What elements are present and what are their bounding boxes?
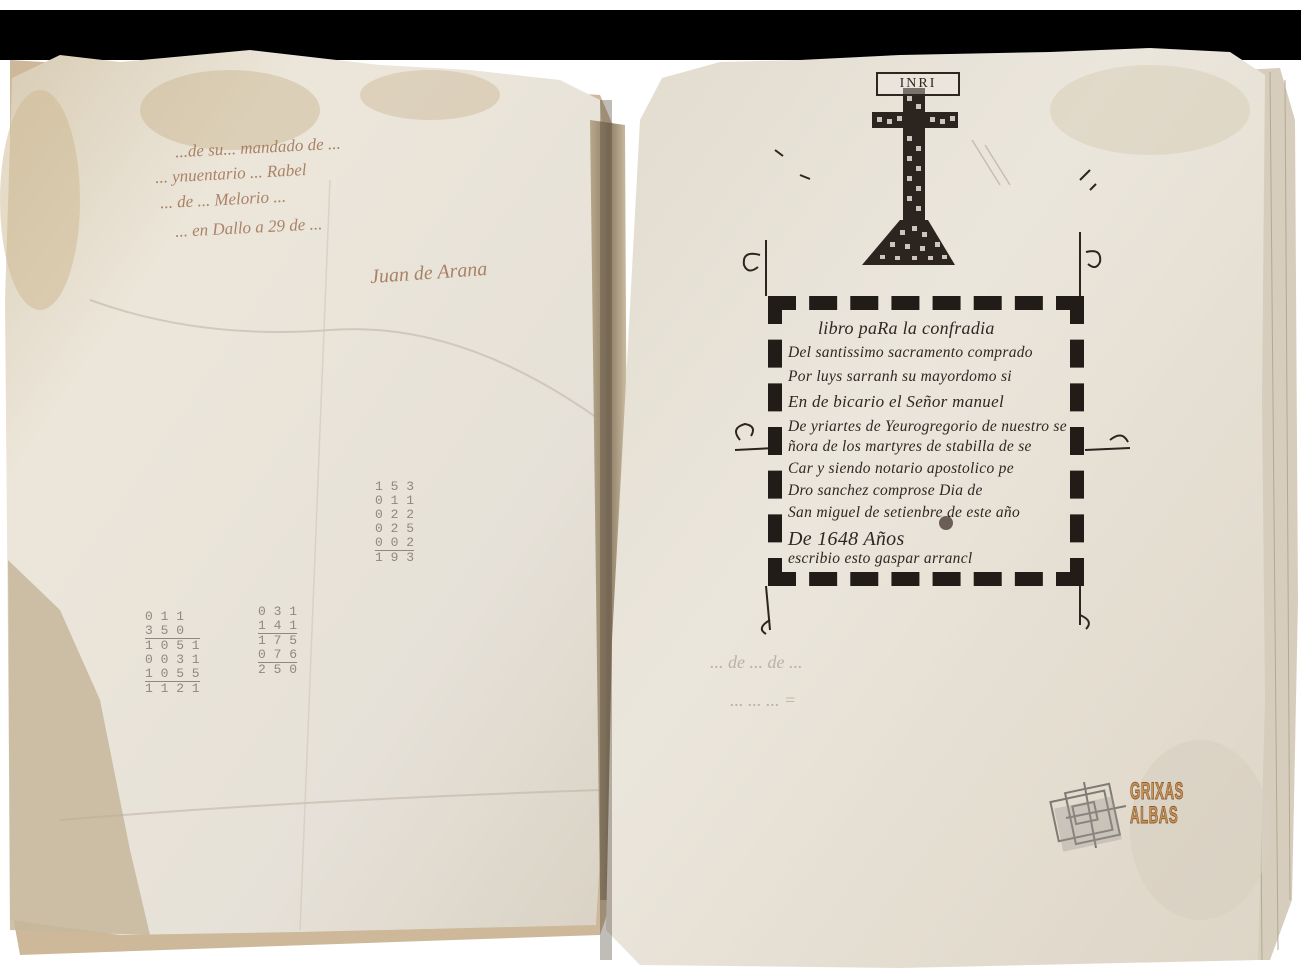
grixas-albas-logo-icon bbox=[1048, 778, 1208, 858]
title-line-5: De yriartes de Yeurogregorio de nuestro … bbox=[788, 418, 1067, 436]
title-line-1: libro paRa la confradia bbox=[818, 318, 995, 339]
title-line-2: Del santissimo sacramento comprado bbox=[788, 344, 1033, 362]
title-line-9: San miguel de setienbre de este año bbox=[788, 504, 1020, 522]
left-page-paper-shape bbox=[0, 40, 640, 970]
title-block: libro paRa la confradia Del santissimo s… bbox=[782, 310, 1072, 575]
title-line-6: ñora de los martyres de stabilla de se bbox=[788, 438, 1032, 456]
faded-note-line-2: ... ... ... = bbox=[730, 690, 796, 711]
faded-note-line-1: ... de ... de ... bbox=[710, 652, 802, 673]
watermark-text: GRIXAS ALBAS bbox=[1130, 780, 1184, 828]
calculation-a: 1 5 30 1 10 2 20 2 50 0 21 9 3 bbox=[375, 480, 414, 565]
title-line-4: En de bicario el Señor manuel bbox=[788, 392, 1004, 412]
manuscript-photo: ...de su... mandado de ... ... ynuentari… bbox=[0, 0, 1301, 974]
title-line-3: Por luys sarranh su mayordomo si bbox=[788, 368, 1012, 386]
title-line-7: Car y siendo notario apostolico pe bbox=[788, 460, 1014, 478]
inri-label: INRI bbox=[876, 72, 960, 96]
title-line-8: Dro sanchez comprose Dia de bbox=[788, 482, 983, 500]
title-line-year: De 1648 Años bbox=[788, 528, 905, 551]
calculation-b: 0 3 11 4 11 7 50 7 62 5 0 bbox=[258, 605, 297, 677]
left-page: ...de su... mandado de ... ... ynuentari… bbox=[0, 40, 640, 970]
calculation-c: 0 1 13 5 01 0 5 10 0 3 11 0 5 51 1 2 1 bbox=[145, 610, 200, 696]
title-line-scribe: escribio esto gaspar arrancl bbox=[788, 550, 973, 568]
